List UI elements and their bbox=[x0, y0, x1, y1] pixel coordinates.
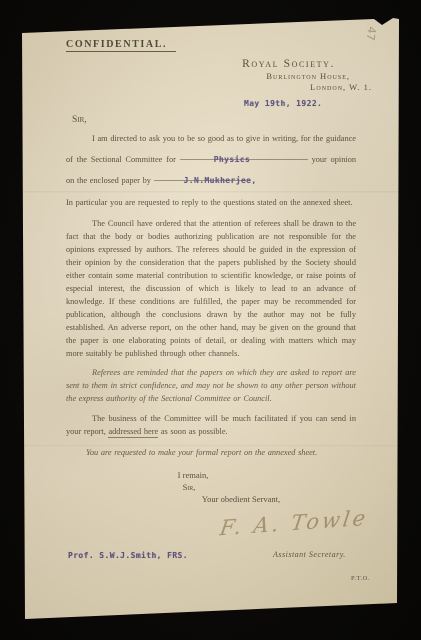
letter-date: May 19th, 1922. bbox=[244, 99, 356, 108]
author-fill-in-line: J.N.Mukherjee, bbox=[154, 170, 246, 181]
paragraph-send-report-text2: as soon as possible. bbox=[161, 427, 228, 436]
letter-page: 47 CONFIDENTIAL. Royal Society. Burlingt… bbox=[22, 15, 399, 621]
paragraph-formal-report: You are requested to make your formal re… bbox=[66, 446, 356, 459]
paragraph-send-report: The business of the Committee will be mu… bbox=[66, 412, 356, 438]
paragraph-annexed-questions: In particular you are requested to reply… bbox=[66, 196, 356, 209]
letterhead-address-line1: Burlington House, bbox=[66, 71, 350, 81]
closing-i-remain: I remain, bbox=[178, 470, 209, 480]
letterhead-org: Royal Society. bbox=[66, 58, 335, 70]
signature-title: Assistant Secretary. bbox=[273, 550, 346, 559]
addressed-here-underlined: addressed here bbox=[108, 427, 158, 438]
closing-obedient-servant: Your obedient Servant, bbox=[202, 494, 280, 504]
letterhead-address-line2: London, W. 1. bbox=[66, 82, 372, 92]
paragraph-council-order: The Council have ordered that the attent… bbox=[66, 217, 356, 360]
confidential-stamp: CONFIDENTIAL. bbox=[66, 39, 176, 52]
paragraph-confidence-notice: Referees are reminded that the papers on… bbox=[66, 366, 356, 405]
closing-block: I remain, Sir, Your obedient Servant, bbox=[66, 470, 356, 504]
salutation: Sir, bbox=[72, 115, 356, 125]
author-fill-in: J.N.Mukherjee, bbox=[184, 176, 257, 185]
closing-sir: Sir, bbox=[183, 482, 196, 492]
committee-fill-in: Physics bbox=[214, 155, 251, 164]
letterhead: Royal Society. Burlington House, London,… bbox=[66, 58, 356, 92]
paragraph-request: I am directed to ask you to be so good a… bbox=[66, 128, 356, 191]
committee-fill-in-line: Physics bbox=[180, 149, 308, 160]
pto-note: P.T.O. bbox=[351, 575, 370, 582]
scan-background: 47 CONFIDENTIAL. Royal Society. Burlingt… bbox=[0, 0, 421, 640]
addressee: Prof. S.W.J.Smith, FRS. bbox=[68, 551, 188, 560]
